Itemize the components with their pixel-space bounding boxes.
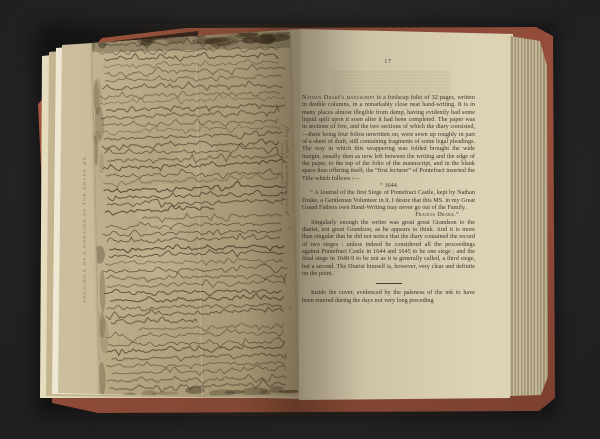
page-number: 17 — [302, 58, 474, 65]
photograph-of-open-book: FACSIMILE OF A PORTION OF THE DRAKE MS. … — [0, 0, 600, 439]
quoted-title-year: “ 1644 — [302, 182, 475, 189]
photo-permission-credit: BY KIND PERMISSION OF F. N. DRAKE, ESQ. — [285, 135, 289, 213]
paragraph-inside-cover: Inside the cover, evidenced by the palen… — [302, 289, 475, 304]
paragraph-manuscript-description: Nathan Drake's manuscript is a foolscap … — [302, 94, 475, 182]
paragraph-lead-smallcaps: Nathan Drake's manuscript — [302, 94, 375, 101]
facsimile-handwriting-image — [92, 32, 298, 398]
paragraph-body: is a foolscap folio of 32 pages, written… — [302, 94, 475, 182]
photo-credit-captions: W. GRIGGS, PHOTO-LITHO, PECKHAM BY KIND … — [281, 135, 290, 213]
paragraph-commentary: Singularly enough the writer was great g… — [302, 219, 475, 278]
facsimile-photo — [92, 32, 298, 398]
quoted-journal-title: “ A Journal of the first Siege of Pontef… — [302, 189, 475, 211]
facsimile-side-caption: FACSIMILE OF A PORTION OF THE DRAKE MS. — [82, 132, 90, 324]
quote-signature: Francis Drake.” — [302, 211, 475, 218]
book: FACSIMILE OF A PORTION OF THE DRAKE MS. … — [36, 24, 556, 416]
page-text: Nathan Drake's manuscript is a foolscap … — [302, 94, 475, 304]
section-rule — [376, 283, 402, 284]
